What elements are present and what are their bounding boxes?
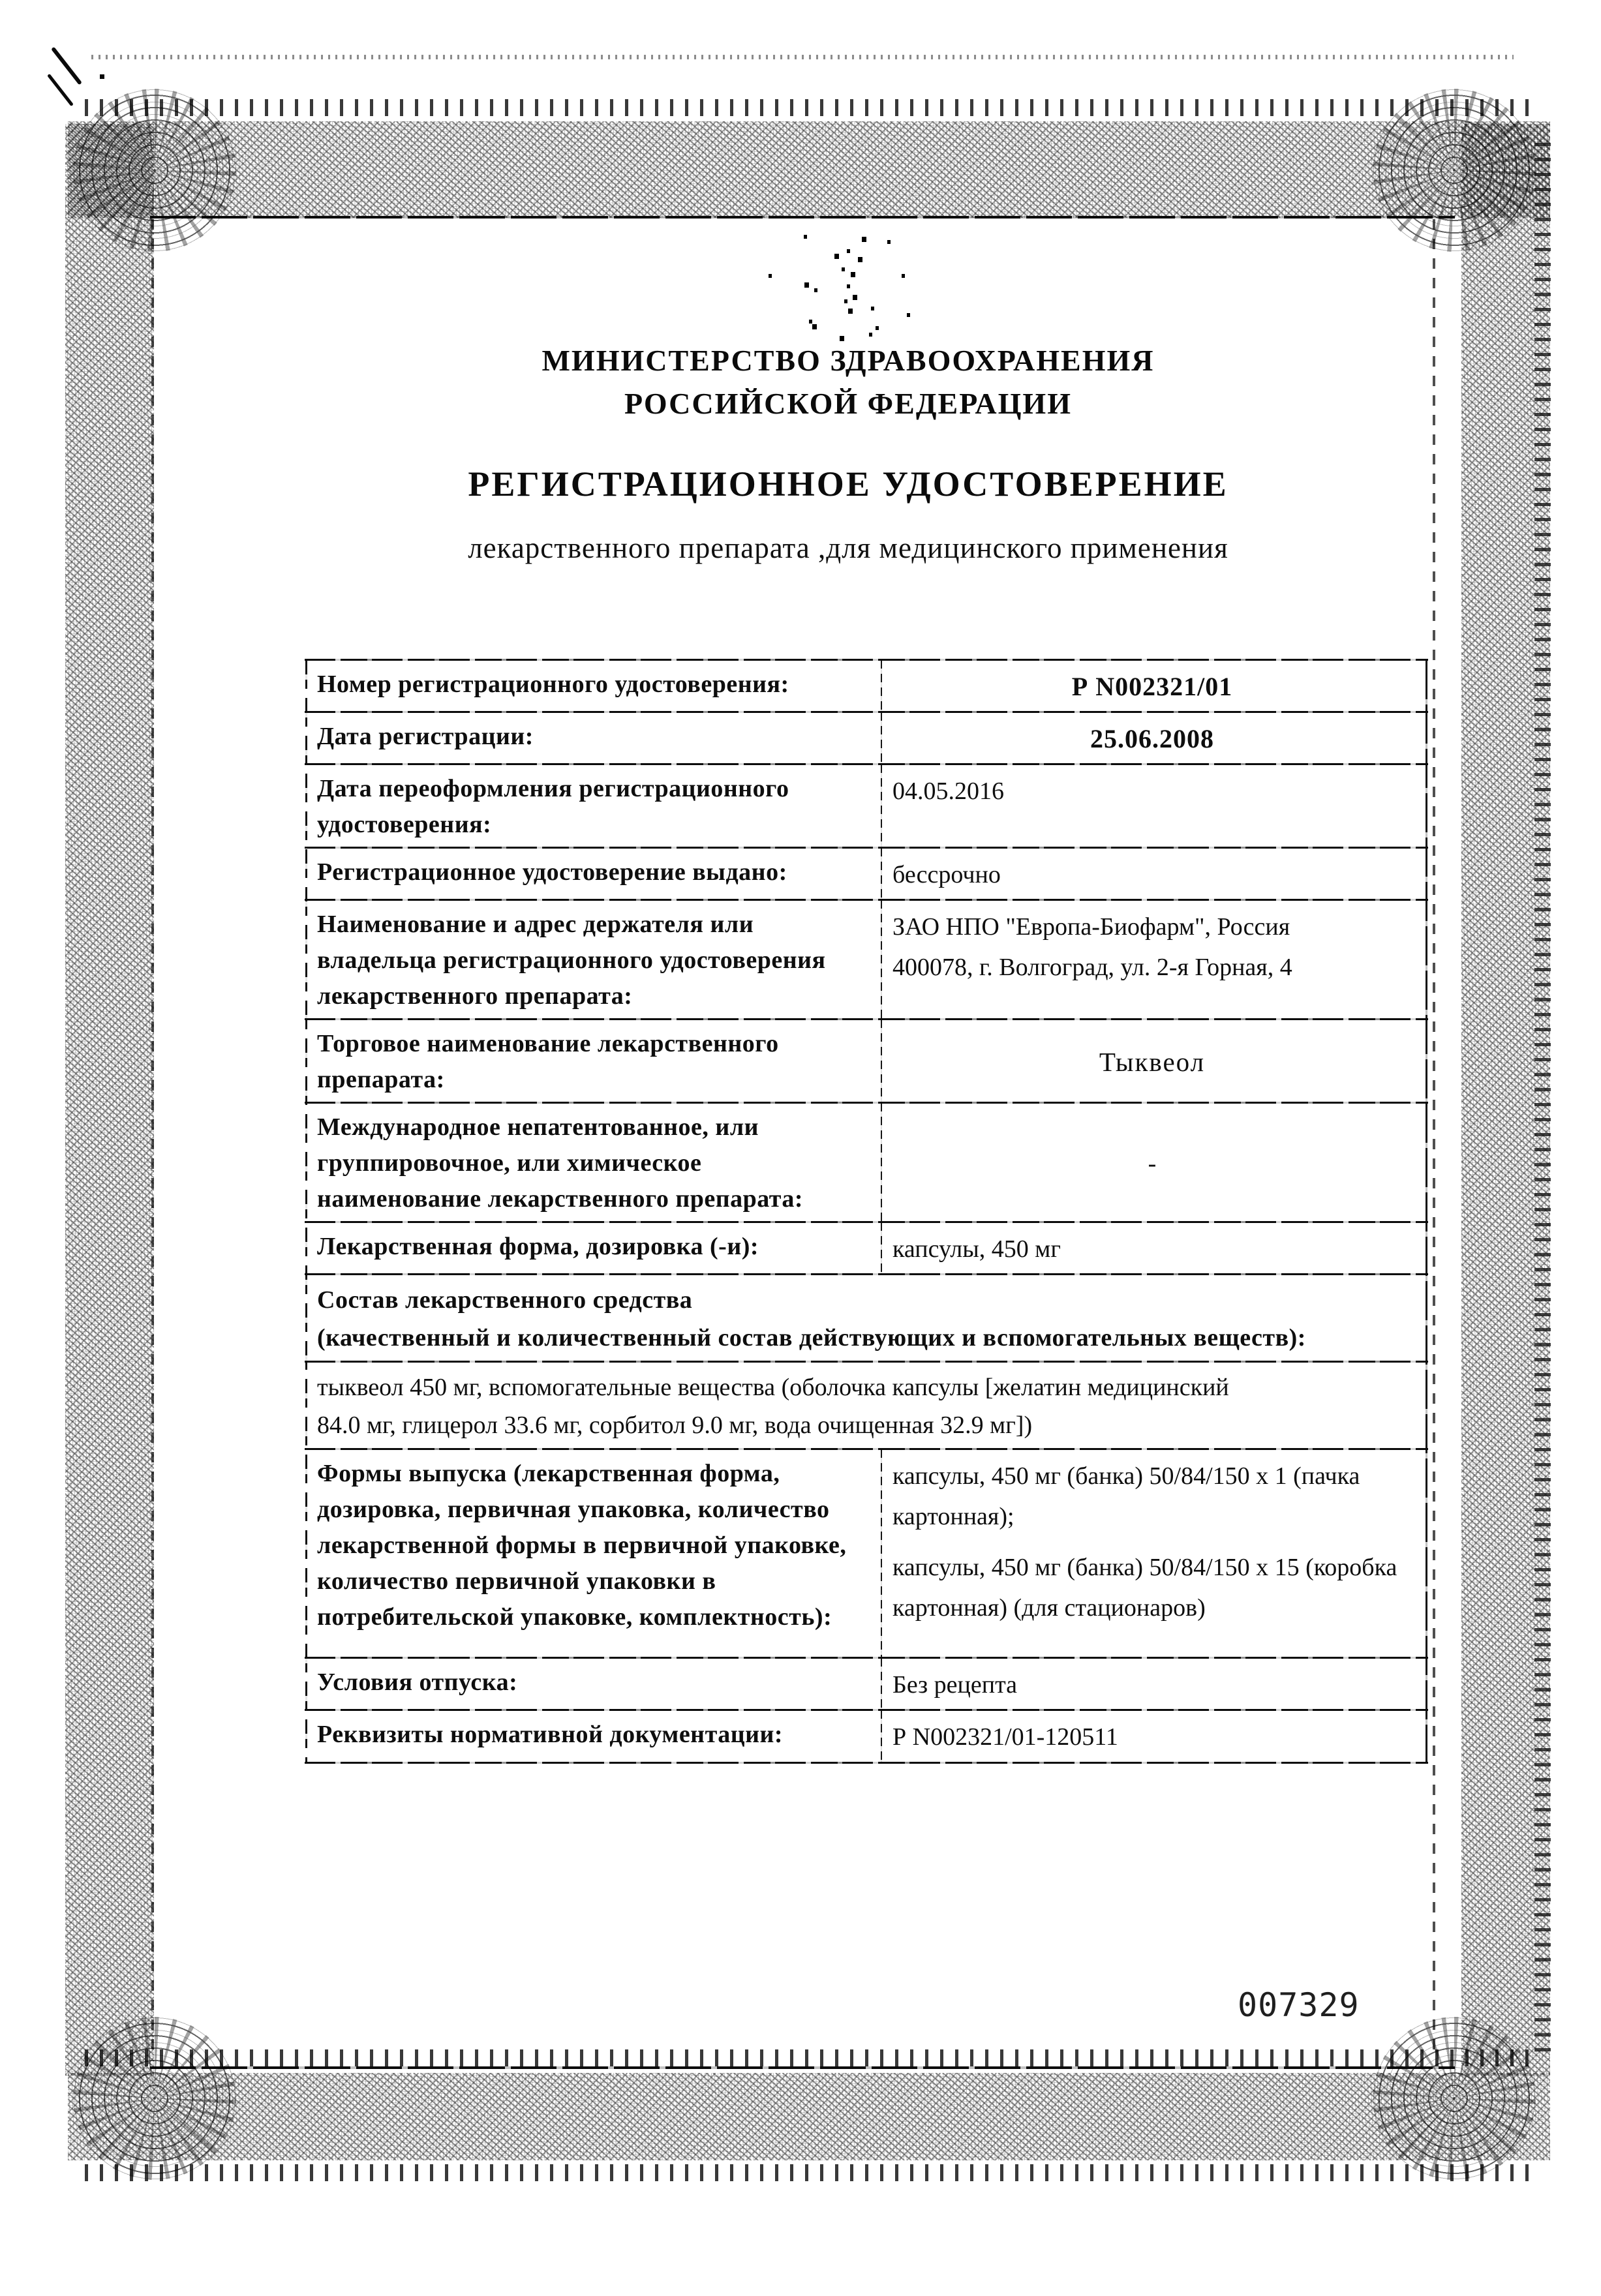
ministry-name: МИНИСТЕРСТВО ЗДРАВООХРАНЕНИЯ РОССИЙСКОЙ … (287, 339, 1409, 425)
section-line: 84.0 мг, глицерол 33.6 мг, сорбитол 9.0 … (317, 1406, 1414, 1444)
certificate-subtitle: лекарственного препарата ,для медицинско… (287, 531, 1409, 565)
row-value: капсулы, 450 мг (банка) 50/84/150 х 1 (п… (881, 1449, 1426, 1658)
certificate-title: РЕГИСТРАЦИОННОЕ УДОСТОВЕРЕНИЕ (287, 464, 1409, 504)
row-label: Наименование и адрес держателя или владе… (307, 900, 881, 1020)
row-value: - (881, 1103, 1426, 1222)
row-label: Формы выпуска (лекарственная форма, дози… (307, 1449, 881, 1658)
row-label: Лекарственная форма, дозировка (-и): (307, 1222, 881, 1275)
row-value: бессрочно (881, 848, 1426, 900)
corner-rosette-bottom-right (1373, 2017, 1536, 2180)
section-line: тыквеол 450 мг, вспомогательные вещества… (317, 1368, 1414, 1406)
row-value: Без рецепта (881, 1658, 1426, 1710)
serial-number: 007329 (1238, 1986, 1360, 2024)
row-value: Р N002321/01 (881, 660, 1426, 712)
border-band-top (68, 121, 1550, 218)
border-band-bottom (68, 2073, 1550, 2160)
value-paragraph: капсулы, 450 мг (банка) 50/84/150 х 1 (п… (892, 1456, 1412, 1537)
row-label: Международное непатентованное, или групп… (307, 1103, 881, 1222)
row-label: Реквизиты нормативной документации: (307, 1710, 881, 1762)
row-label: Условия отпуска: (307, 1658, 881, 1710)
registration-table: Номер регистрационного удостоверения: Р … (307, 660, 1426, 1762)
ministry-line-2: РОССИЙСКОЙ ФЕДЕРАЦИИ (287, 382, 1409, 425)
table-row: Торговое наименование лекарственного пре… (307, 1020, 1426, 1103)
table-row: Дата регистрации: 25.06.2008 (307, 712, 1426, 764)
table-row: Реквизиты нормативной документации: Р N0… (307, 1710, 1426, 1762)
pen-mark (47, 74, 74, 106)
ministry-line-1: МИНИСТЕРСТВО ЗДРАВООХРАНЕНИЯ (287, 339, 1409, 382)
border-comb-top (85, 99, 1536, 116)
corner-rosette-top-left (73, 89, 236, 252)
section-row-composition-body: тыквеол 450 мг, вспомогательные вещества… (307, 1362, 1426, 1449)
table-row: Условия отпуска: Без рецепта (307, 1658, 1426, 1710)
table-row: Международное непатентованное, или групп… (307, 1103, 1426, 1222)
row-label: Номер регистрационного удостоверения: (307, 660, 881, 712)
border-comb-bottom-inner (85, 2049, 1536, 2066)
section-line: (качественный и количественный состав де… (317, 1319, 1414, 1357)
pen-mark (51, 47, 82, 85)
border-comb-bottom-outer (85, 2164, 1536, 2181)
border-inner-dashline-right (1433, 219, 1435, 2051)
row-label: Дата регистрации: (307, 712, 881, 764)
row-value: Р N002321/01-120511 (881, 1710, 1426, 1762)
table-row: Лекарственная форма, дозировка (-и): кап… (307, 1222, 1426, 1275)
row-label: Регистрационное удостоверение выдано: (307, 848, 881, 900)
border-band-left (65, 124, 154, 2076)
table-row: Формы выпуска (лекарственная форма, дози… (307, 1449, 1426, 1658)
section-line: Состав лекарственного средства (317, 1281, 1414, 1319)
section-text: Состав лекарственного средства (качестве… (317, 1281, 1414, 1357)
row-value-trade-name: Тыквеол (881, 1020, 1426, 1103)
table-row: Номер регистрационного удостоверения: Р … (307, 660, 1426, 712)
pen-dot (100, 74, 104, 79)
corner-rosette-top-right (1373, 89, 1536, 252)
table-row: Регистрационное удостоверение выдано: бе… (307, 848, 1426, 900)
section-row-composition-header: Состав лекарственного средства (качестве… (307, 1275, 1426, 1362)
row-value: капсулы, 450 мг (881, 1222, 1426, 1275)
row-value: 04.05.2016 (881, 764, 1426, 848)
border-dot-fringe-top (91, 55, 1514, 59)
border-comb-right (1534, 134, 1551, 2051)
row-label: Дата переоформления регистрационного удо… (307, 764, 881, 848)
row-value: 25.06.2008 (881, 712, 1426, 764)
section-text: тыквеол 450 мг, вспомогательные вещества… (317, 1368, 1414, 1444)
border-inner-line-bottom (150, 2066, 1455, 2069)
table-row: Наименование и адрес держателя или владе… (307, 900, 1426, 1020)
row-value: ЗАО НПО "Европа-Биофарм", Россия 400078,… (881, 900, 1426, 1020)
value-line: ЗАО НПО "Европа-Биофарм", Россия (892, 907, 1412, 947)
row-label: Торговое наименование лекарственного пре… (307, 1020, 881, 1103)
corner-rosette-bottom-left (73, 2017, 236, 2180)
border-inner-dashline-left (151, 219, 154, 2051)
border-inner-line-top (150, 216, 1455, 219)
table-row: Дата переоформления регистрационного удо… (307, 764, 1426, 848)
emblem-remnant (804, 235, 807, 239)
certificate-page: МИНИСТЕРСТВО ЗДРАВООХРАНЕНИЯ РОССИЙСКОЙ … (0, 0, 1601, 2296)
value-paragraph: капсулы, 450 мг (банка) 50/84/150 х 15 (… (892, 1547, 1412, 1628)
value-line: 400078, г. Волгоград, ул. 2-я Горная, 4 (892, 947, 1412, 988)
